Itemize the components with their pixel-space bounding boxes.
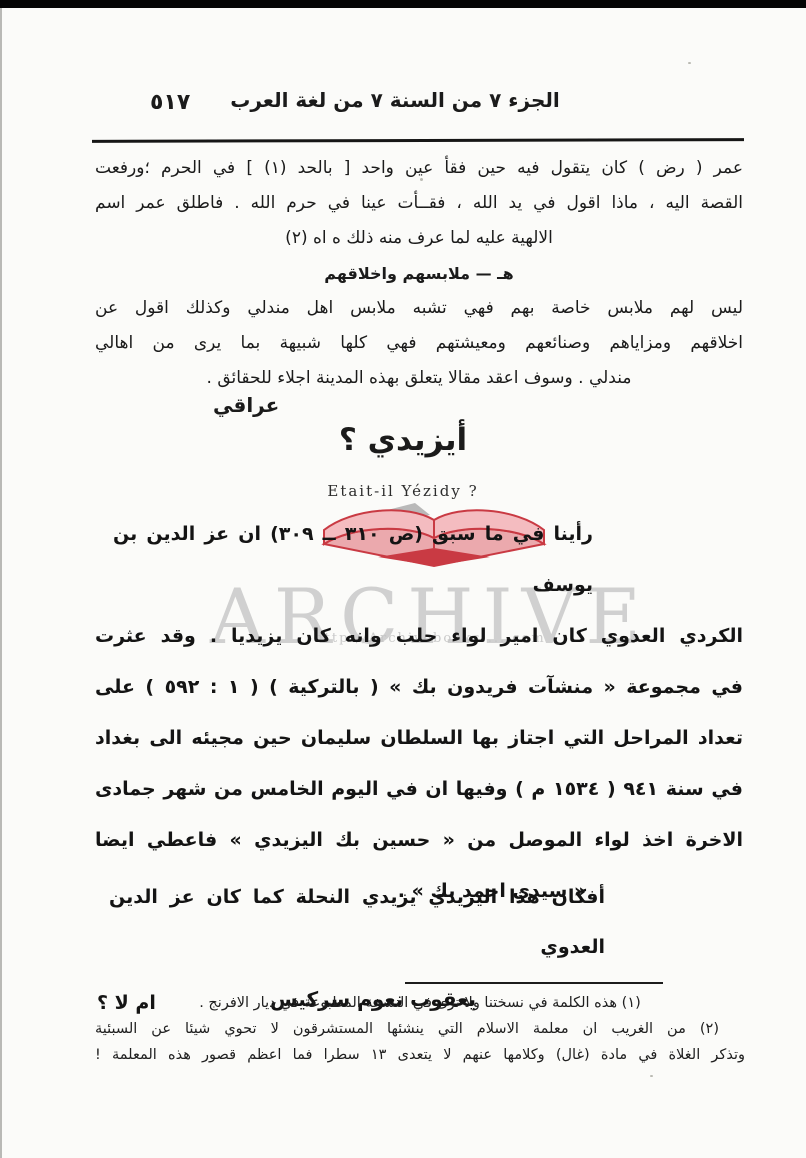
article-line: تعداد المراحل التي اجتاز بها السلطان سلي… — [95, 713, 743, 764]
paragraph-line: ليس لهم ملابس خاصة بهم فهي تشبه ملابس اه… — [95, 291, 743, 326]
scan-left-edge — [0, 8, 2, 1158]
page-number: ٥١٧ — [150, 90, 190, 115]
article-body: رأينا في ما سبق (ص ٣١٠ ــ ٣٠٩) ان عز الد… — [95, 509, 743, 917]
scanned-journal-page: ٥١٧ الجزء ٧ من السنة ٧ من لغة العرب ARCH… — [0, 0, 806, 1158]
header-rule — [92, 138, 744, 143]
article-line: رأينا في ما سبق (ص ٣١٠ ــ ٣٠٩) ان عز الد… — [113, 509, 593, 611]
footnote-2-line-2: وتذكر الغلاة في مادة (غال) وكلامها عنهم … — [95, 1042, 745, 1068]
article-line: في مجموعة « منشآت فريدون بك » ( بالتركية… — [95, 662, 743, 713]
footnote-2-line-1: (٢) من الغريب ان معلمة الاسلام التي ينشئ… — [95, 1016, 719, 1042]
article-line: في سنة ٩٤١ ( ١٥٣٤ م ) وفيها ان في اليوم … — [95, 764, 743, 815]
article-line: الاخرة اخذ لواء الموصل من « حسين بك اليز… — [95, 815, 743, 866]
journal-header: الجزء ٧ من السنة ٧ من لغة العرب — [228, 88, 562, 112]
article-line: الكردي العدوي كان امير لواء حلب وانه كان… — [95, 611, 743, 662]
paragraph-line: الالهية عليه لما عرف منه ذلك ه اه (٢) — [95, 221, 743, 256]
footnote-1: (١) هذه الكلمة في نسختنا ولا ترى في النس… — [95, 990, 745, 1016]
paragraph-line: مندلي . وسوف اعقد مقالا يتعلق بهذه المدي… — [95, 361, 743, 396]
paragraph-line: عمر ( رض ) كان يتقول فيه حين فقأ عين واح… — [95, 151, 743, 186]
paragraph-line: اخلاقهم ومزاياهم وصنائعهم ومعيشتهم فهي ك… — [95, 326, 743, 361]
article-line: أفكان هذا اليزيدي يزيدي النحلة كما كان ع… — [109, 872, 605, 972]
scan-speck — [650, 1075, 653, 1077]
article-title-arabic: أيزيدي ؟ — [0, 422, 806, 458]
section-heading-clothing-morals: هـ — ملابسهم واخلاقهم — [95, 256, 743, 291]
footnotes: (١) هذه الكلمة في نسختنا ولا ترى في النس… — [95, 990, 745, 1068]
paragraph-line: القصة اليه ، ماذا اقول في يد الله ، فقــ… — [95, 186, 743, 221]
previous-article-end: عمر ( رض ) كان يتقول فيه حين فقأ عين واح… — [95, 151, 743, 396]
scan-speck — [688, 62, 691, 64]
scan-top-edge — [0, 0, 806, 8]
footnote-separator — [405, 982, 663, 984]
author-signature-iraqi: عراقي — [213, 393, 279, 417]
article-title-french: Etait-il Yézidy ? — [0, 482, 806, 500]
